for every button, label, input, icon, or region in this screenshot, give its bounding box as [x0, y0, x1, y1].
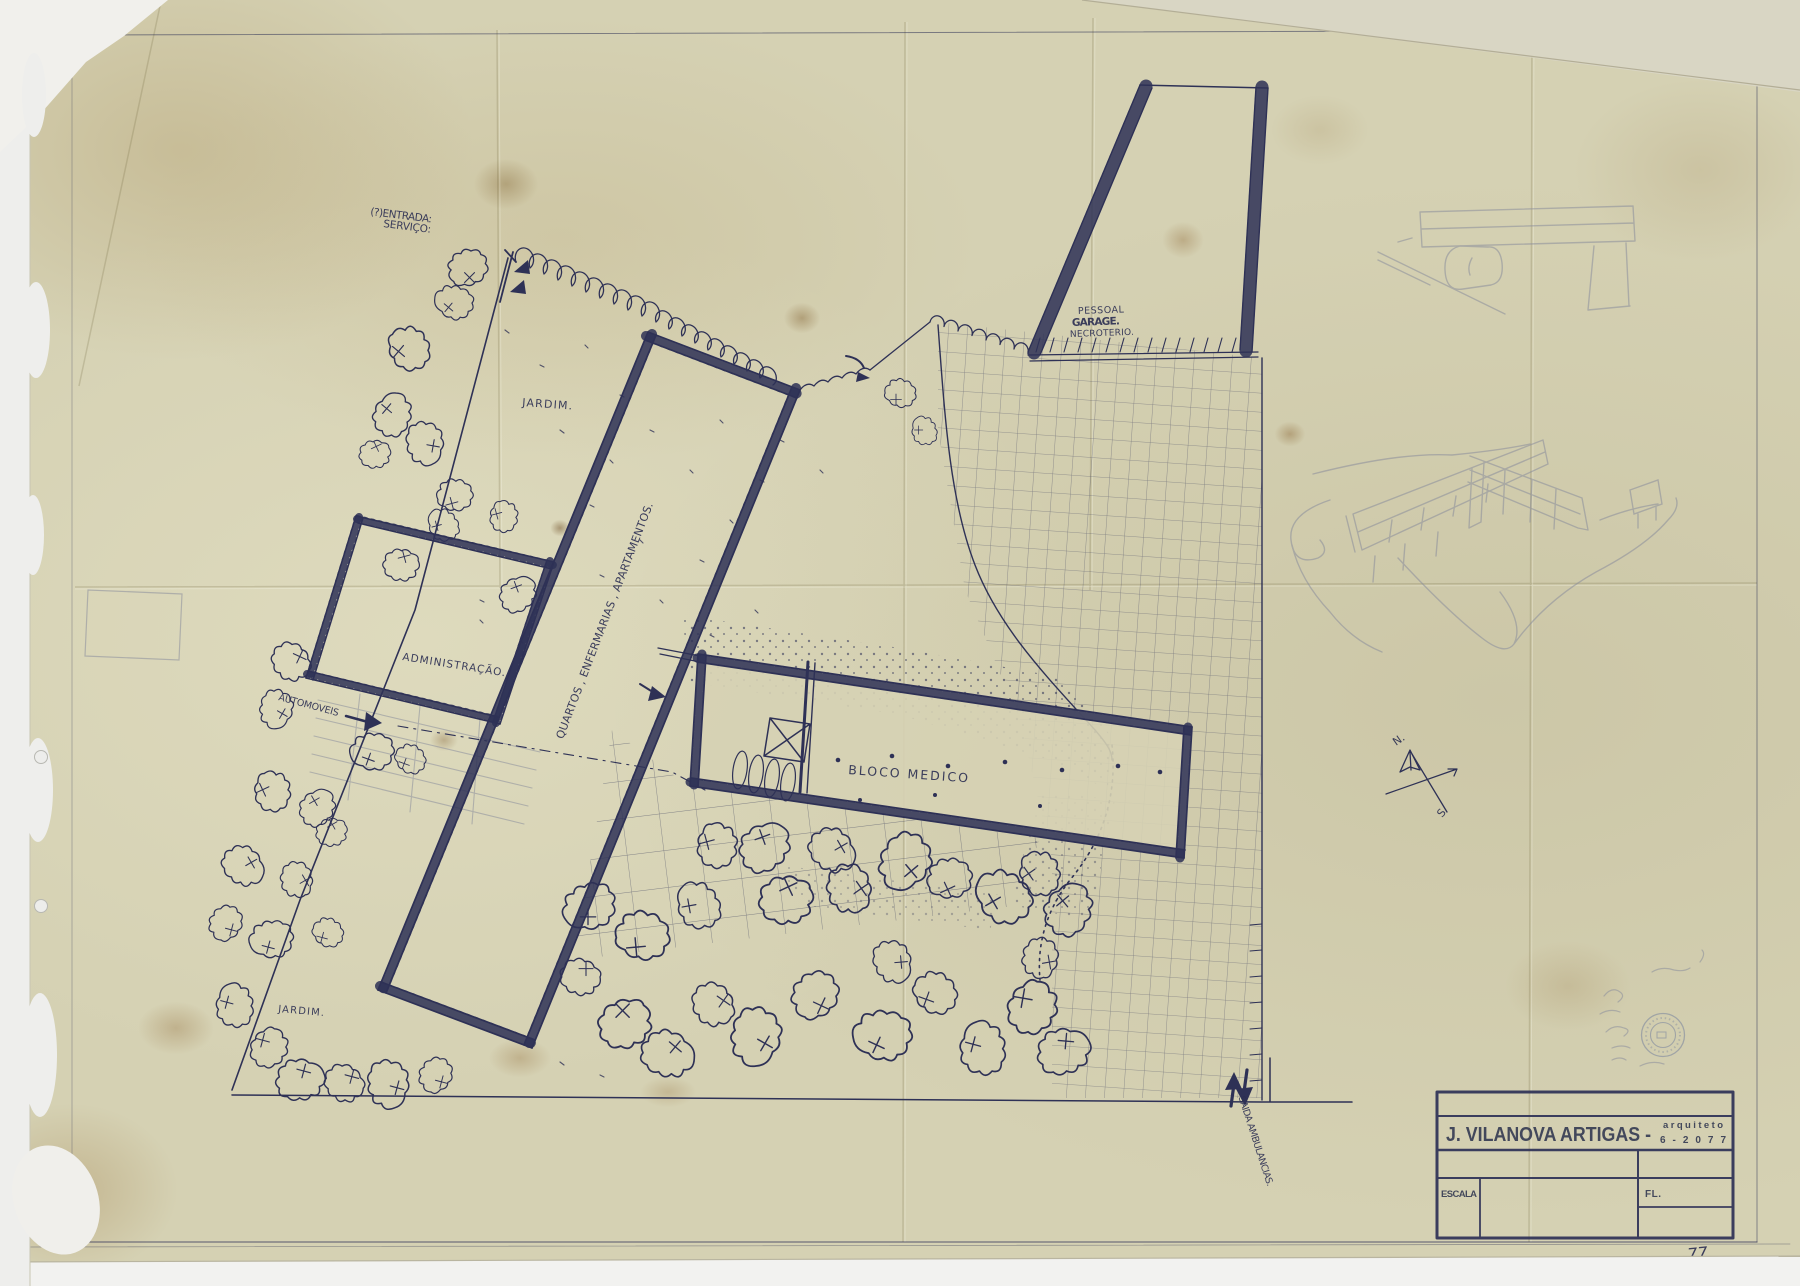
tree-blob — [251, 684, 299, 734]
pencil-parking-grid — [310, 694, 540, 824]
tree-blob — [387, 325, 431, 373]
tree-blob — [245, 915, 296, 963]
sleeve-left-strip — [0, 0, 30, 1286]
shrub-blob — [846, 999, 919, 1069]
tree-blob — [402, 419, 447, 468]
shrub-blob — [871, 939, 913, 985]
punch-hole — [35, 751, 48, 764]
entrance-arrow-icon — [510, 280, 526, 294]
title-block: J. VILANOVA ARTIGAS - arquiteto 6 - 2 0 … — [1437, 1092, 1733, 1238]
torn-edge — [22, 282, 50, 378]
tree-blob — [249, 767, 297, 817]
tree-blob — [412, 1052, 459, 1098]
shrub-blob — [908, 964, 963, 1022]
library-stamp — [1642, 1014, 1685, 1057]
pencil-layer — [85, 206, 1704, 1066]
tree-blob — [355, 436, 394, 473]
backing-bottom — [0, 1256, 1800, 1286]
tree-blob — [318, 1057, 370, 1110]
shrub-blob — [633, 1020, 703, 1089]
tree-blob — [880, 372, 922, 414]
label-saida-ambulancias: SAIDA AMBULANCIAS. — [1236, 1095, 1276, 1188]
architect-phone: 6 - 2 0 7 7 — [1660, 1135, 1726, 1146]
architect-name: J. VILANOVA ARTIGAS - — [1446, 1124, 1651, 1146]
tree-blob — [361, 1056, 414, 1113]
shrub-blob — [954, 1016, 1012, 1079]
site-plan-drawing: (?)ENTRADA: SERVIÇO: JARDIM. PESSOAL GAR… — [0, 0, 1800, 1286]
pencil-sketch-elevation — [1378, 206, 1635, 314]
bloco-entry-arrow — [640, 684, 666, 701]
tree-blob — [484, 496, 524, 537]
torn-edge — [23, 993, 57, 1117]
garage-block — [1028, 85, 1268, 361]
tree-blob — [365, 386, 422, 443]
automoveis-arrow — [346, 712, 382, 731]
tree-blob — [212, 979, 260, 1030]
label-jardim-north: JARDIM. — [521, 396, 573, 413]
architect-role: arquiteto — [1663, 1120, 1723, 1131]
scanned-drawing-page: (?)ENTRADA: SERVIÇO: JARDIM. PESSOAL GAR… — [0, 0, 1800, 1286]
tree-blob — [429, 276, 480, 326]
administration-block — [306, 516, 554, 724]
tree-blob — [448, 249, 488, 285]
pencil-sketch-perspective — [1291, 440, 1677, 652]
compass-south-label: S — [1434, 806, 1448, 820]
tree-blob — [202, 900, 249, 946]
tree-blob — [308, 912, 348, 953]
compass-north-label: N. — [1390, 731, 1407, 748]
label-garage: GARAGE. — [1072, 315, 1120, 329]
ink-layer — [30, 30, 1790, 1247]
shrub-blob — [598, 1000, 652, 1048]
pencil-rectangle — [85, 590, 182, 660]
escala-label: ESCALA — [1441, 1189, 1477, 1200]
punch-hole — [35, 900, 48, 913]
tree-blob — [243, 1022, 296, 1074]
sheet-frame — [30, 30, 1790, 1247]
tree-blob — [432, 472, 479, 518]
tree-blob — [377, 542, 424, 588]
shrub-blob — [719, 999, 791, 1074]
label-automoveis: AUTOMOVEIS — [277, 692, 340, 719]
torn-edge — [22, 53, 46, 137]
fl-label: FL. — [1645, 1189, 1661, 1200]
north-compass — [1386, 750, 1457, 812]
pencil-reversed-notes — [1600, 950, 1704, 1066]
torn-edge — [22, 495, 44, 575]
tree-blob — [912, 416, 937, 445]
shrub-blob — [689, 979, 737, 1030]
shrub-blob — [785, 965, 846, 1024]
tree-blob — [276, 858, 316, 901]
label-administracao: ADMINISTRAÇÃO. — [402, 650, 507, 679]
tree-blob — [216, 838, 270, 894]
label-jardim-south: JARDIM. — [277, 1004, 325, 1019]
